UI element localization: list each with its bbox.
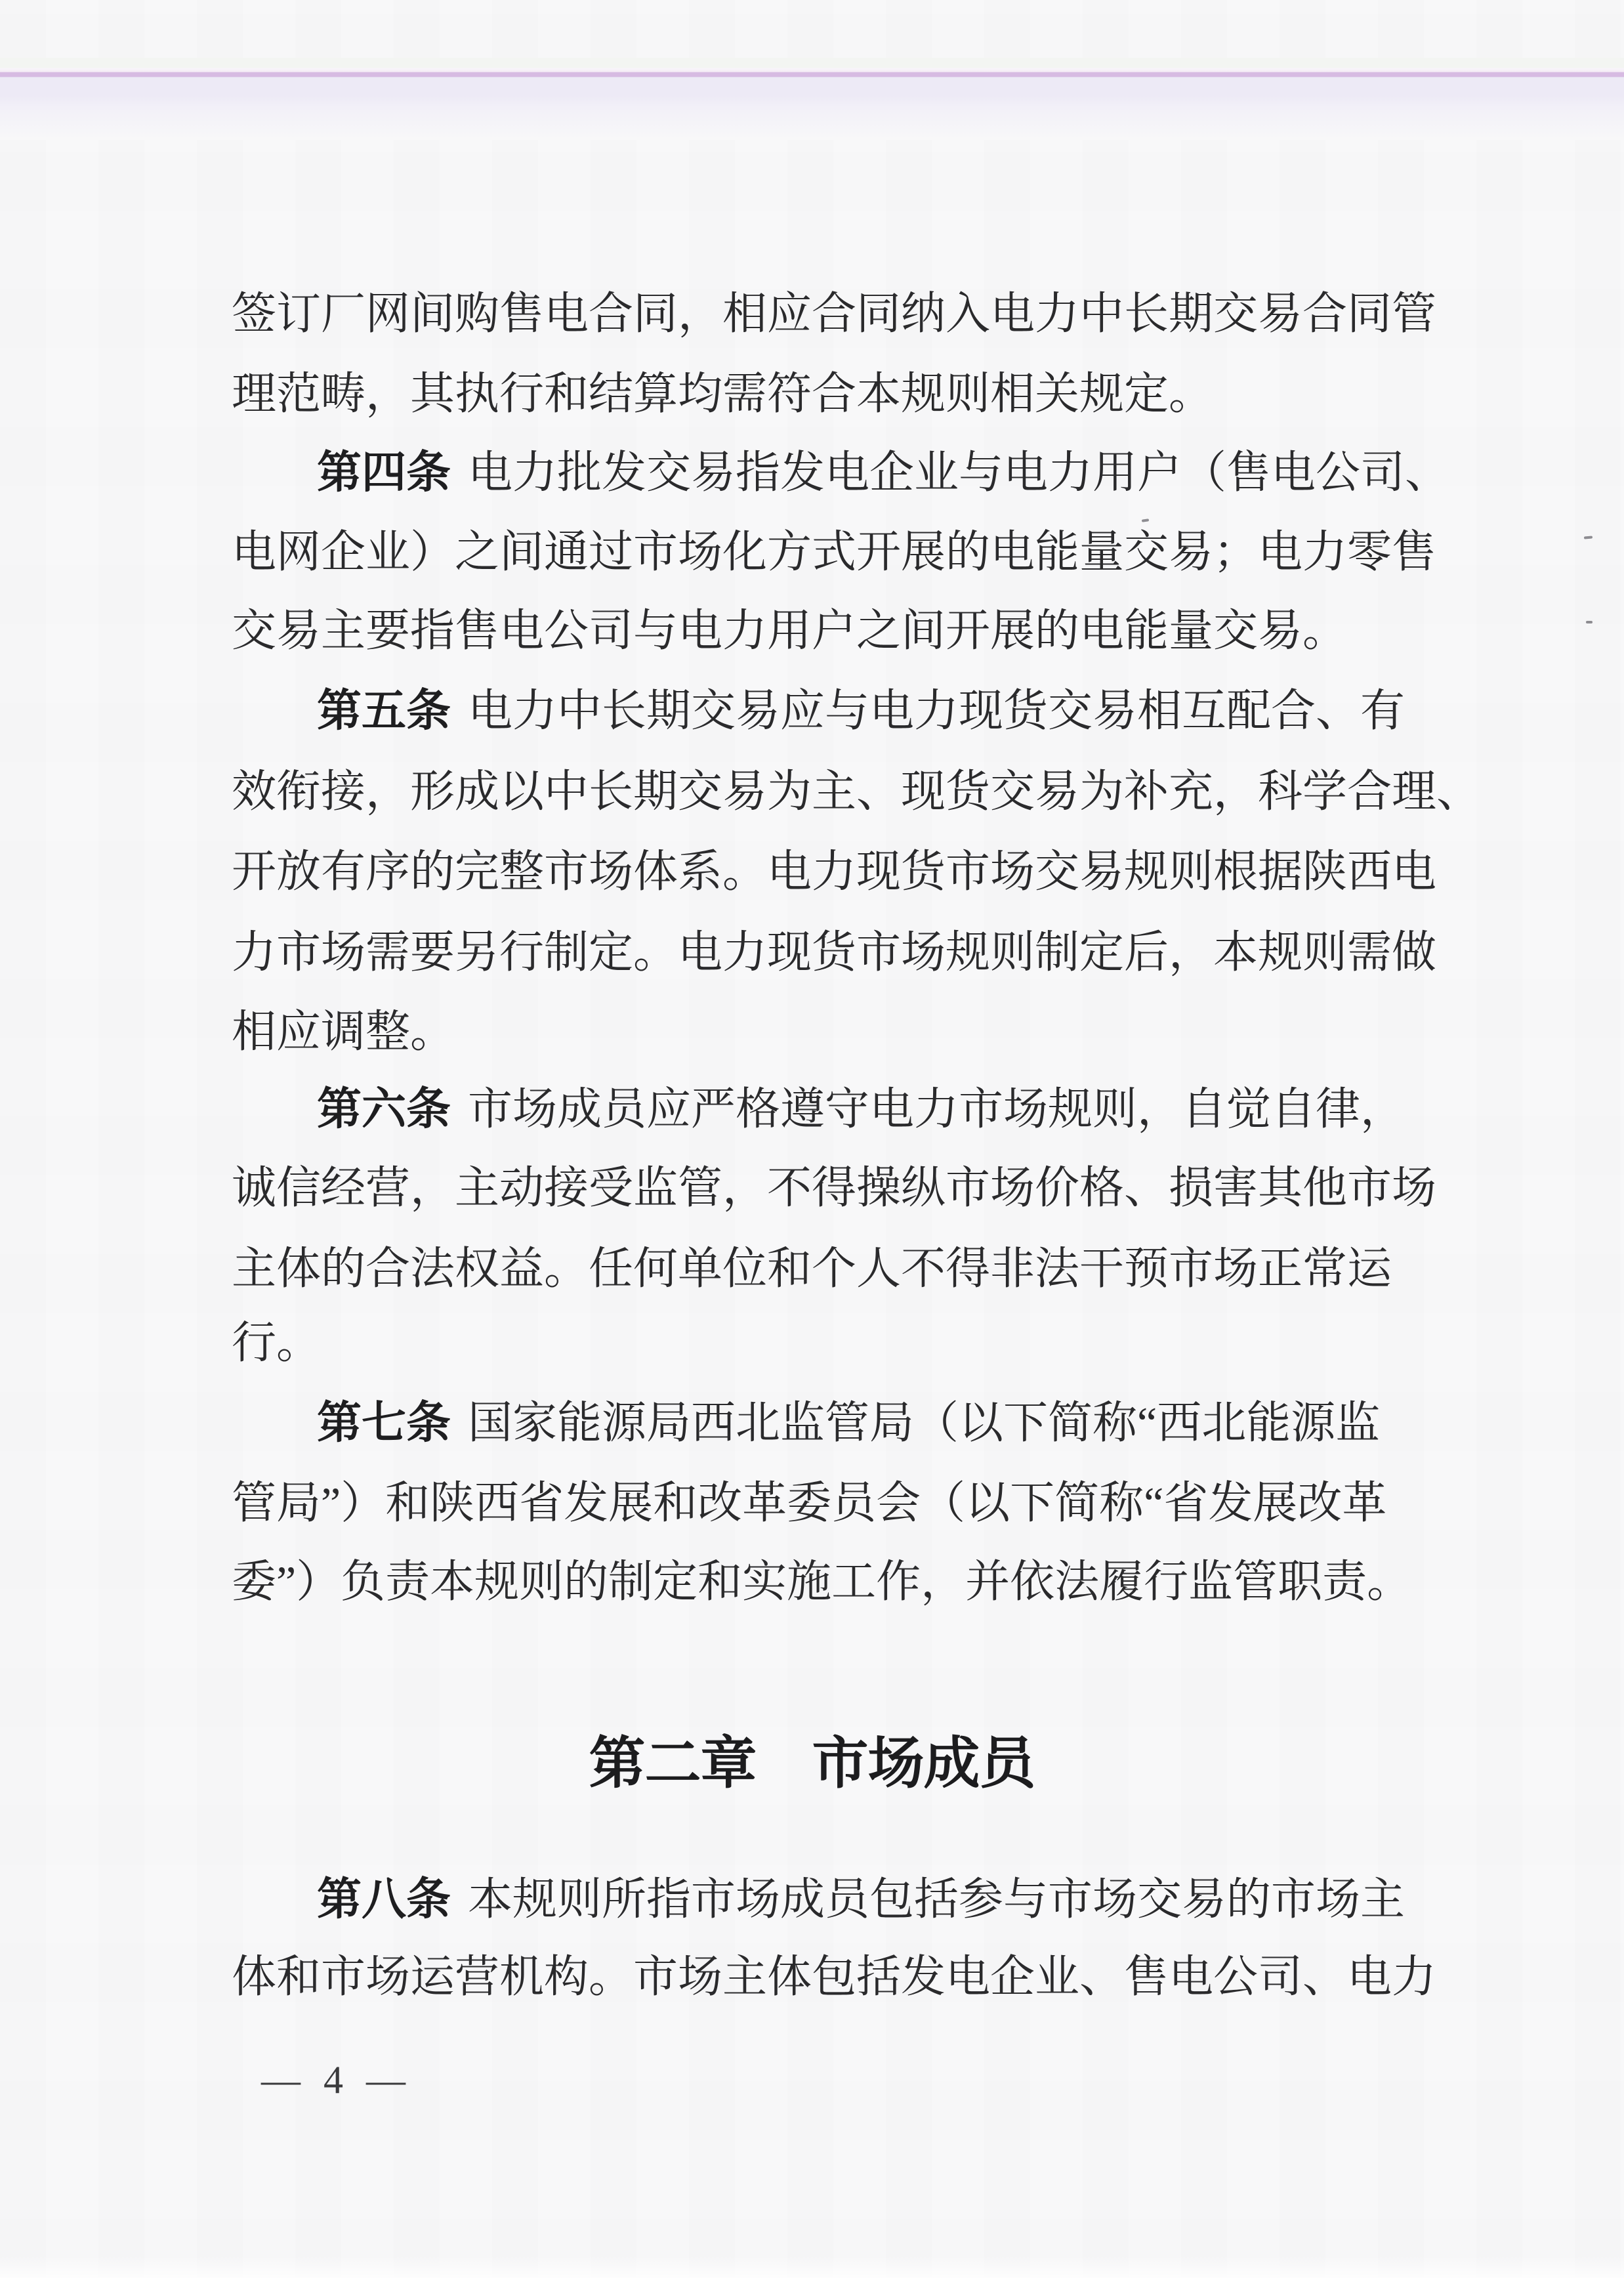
line-text: 国家能源局西北监管局（以下简称“西北能源监 [468,1398,1380,1448]
line-text: 力市场需要另行制定。电力现货市场规则制定后，本规则需做 [232,927,1436,977]
text-line: 签订厂网间购售电合同，相应合同纳入电力中长期交易合同管 [232,289,1436,339]
article-number: 第四条 [317,448,451,497]
text-line-article-7: 第七条国家能源局西北监管局（以下简称“西北能源监 [317,1398,1380,1448]
line-text: 主体的合法权益。任何单位和个人不得非法干预市场正常运 [232,1244,1392,1294]
line-text: 签订厂网间购售电合同，相应合同纳入电力中长期交易合同管 [232,289,1436,339]
text-line: 相应调整。 [232,1007,455,1057]
text-line: 效衔接，形成以中长期交易为主、现货交易为补充，科学合理、 [232,767,1481,816]
document-body: 签订厂网间购售电合同，相应合同纳入电力中长期交易合同管 理范畴，其执行和结算均需… [0,0,1624,2278]
text-line: 交易主要指售电公司与电力用户之间开展的电能量交易。 [232,606,1347,656]
line-text: 开放有序的完整市场体系。电力现货市场交易规则根据陕西电 [232,847,1436,896]
line-text: 电网企业）之间通过市场化方式开展的电能量交易；电力零售 [232,527,1436,577]
line-text: 相应调整。 [232,1007,455,1057]
text-line: 行。 [232,1318,321,1368]
text-line: 委”）负责本规则的制定和实施工作，并依法履行监管职责。 [232,1557,1411,1607]
line-text: 市场成员应严格遵守电力市场规则，自觉自律， [468,1084,1405,1134]
line-text: 电力批发交易指发电企业与电力用户（售电公司、 [468,448,1449,497]
text-line-article-6: 第六条市场成员应严格遵守电力市场规则，自觉自律， [317,1084,1405,1134]
text-line: 电网企业）之间通过市场化方式开展的电能量交易；电力零售 [232,527,1436,577]
line-text: 电力中长期交易应与电力现货交易相互配合、有 [468,686,1405,736]
line-text: 诚信经营，主动接受监管，不得操纵市场价格、损害其他市场 [232,1163,1436,1213]
text-line-article-4: 第四条电力批发交易指发电企业与电力用户（售电公司、 [317,448,1449,497]
line-text: 管局”）和陕西省发展和改革委员会（以下简称“省发展改革 [232,1478,1386,1528]
scanned-document-page: { "page": { "number_label": "— 4 —", "ac… [0,0,1624,2278]
line-text: 理范畴，其执行和结算均需符合本规则相关规定。 [232,369,1213,419]
text-line: 诚信经营，主动接受监管，不得操纵市场价格、损害其他市场 [232,1163,1436,1213]
line-text: 效衔接，形成以中长期交易为主、现货交易为补充，科学合理、 [232,767,1481,816]
article-number: 第五条 [317,686,451,736]
line-text: 交易主要指售电公司与电力用户之间开展的电能量交易。 [232,606,1347,656]
text-line: 主体的合法权益。任何单位和个人不得非法干预市场正常运 [232,1244,1392,1294]
text-line: 力市场需要另行制定。电力现货市场规则制定后，本规则需做 [232,927,1436,977]
line-text: 行。 [232,1318,321,1368]
chapter-heading: 第二章 市场成员 [0,1733,1624,1795]
line-text: 体和市场运营机构。市场主体包括发电企业、售电公司、电力 [232,1952,1436,2002]
text-line: 开放有序的完整市场体系。电力现货市场交易规则根据陕西电 [232,847,1436,896]
article-number: 第六条 [317,1084,451,1134]
text-line: 理范畴，其执行和结算均需符合本规则相关规定。 [232,369,1213,419]
text-line: 体和市场运营机构。市场主体包括发电企业、售电公司、电力 [232,1952,1436,2002]
line-text: 委”）负责本规则的制定和实施工作，并依法履行监管职责。 [232,1557,1411,1607]
text-line-article-8: 第八条本规则所指市场成员包括参与市场交易的市场主 [317,1874,1405,1924]
article-number: 第八条 [317,1874,451,1924]
line-text: 本规则所指市场成员包括参与市场交易的市场主 [468,1874,1405,1924]
scan-speck [1586,621,1593,623]
text-line: 管局”）和陕西省发展和改革委员会（以下简称“省发展改革 [232,1478,1386,1528]
page-number: — 4 — [261,2058,412,2101]
text-line-article-5: 第五条电力中长期交易应与电力现货交易相互配合、有 [317,686,1405,736]
article-number: 第七条 [317,1398,451,1448]
